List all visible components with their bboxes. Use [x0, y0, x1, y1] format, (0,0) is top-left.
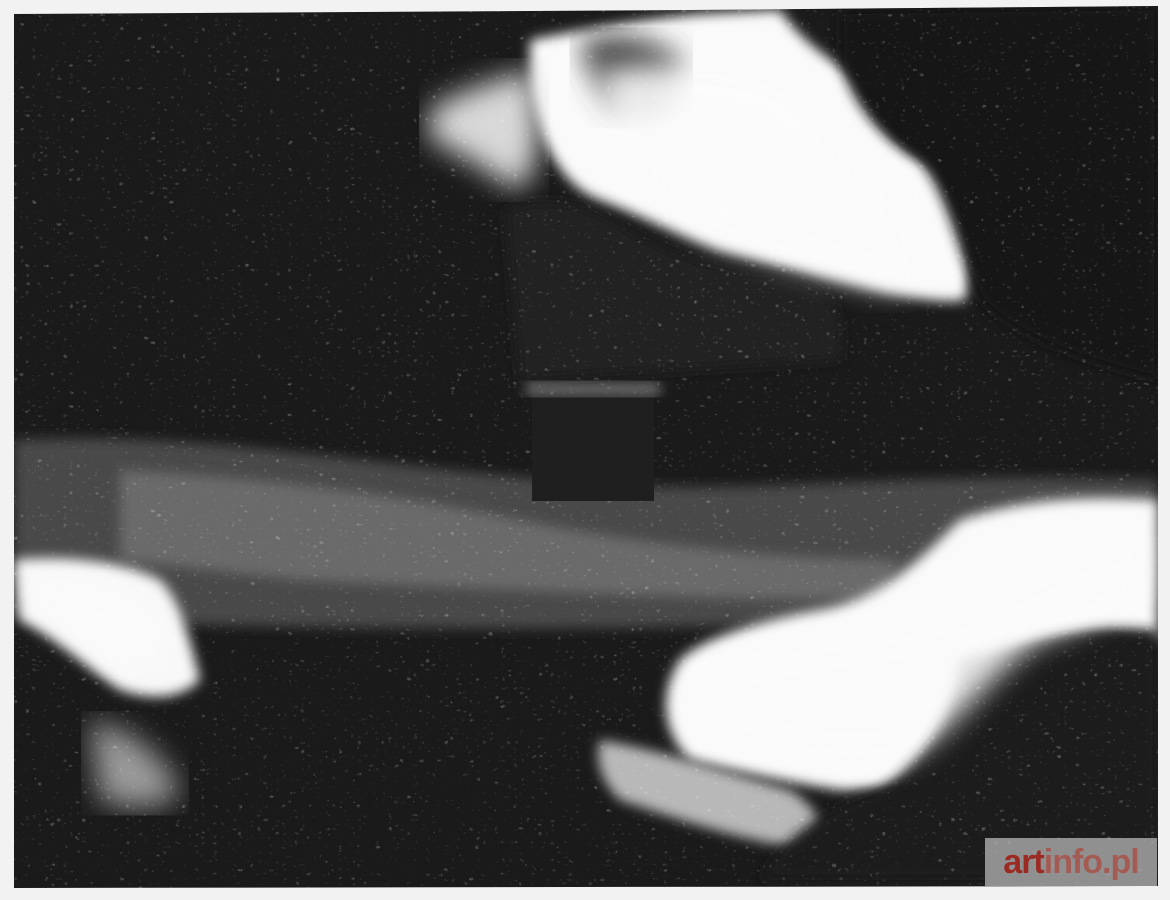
watermark-artinfo: artinfo.pl — [985, 838, 1157, 886]
watermark-text-light: info.pl — [1044, 843, 1139, 882]
artwork-print — [0, 0, 1170, 900]
watermark-text-strong: art — [1003, 843, 1043, 882]
dark-square-block — [532, 395, 654, 501]
